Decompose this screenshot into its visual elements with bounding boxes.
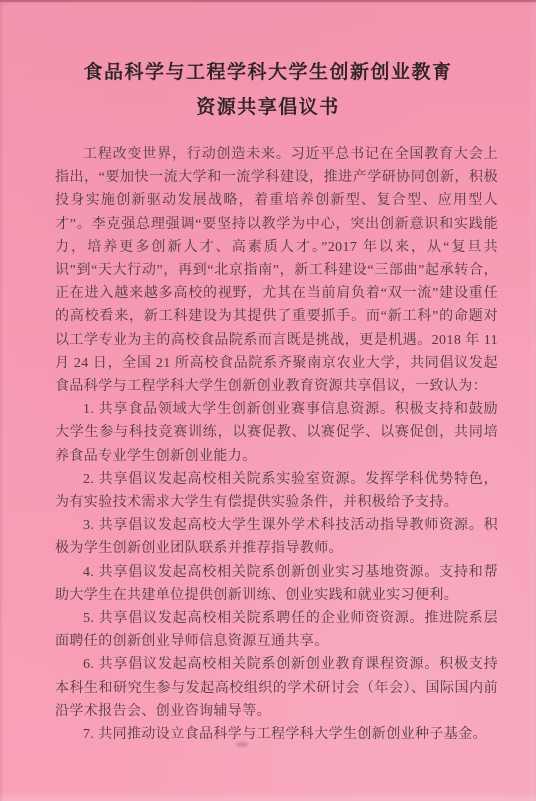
scanned-proposal-page: 食品科学与工程学科大学生创新创业教育 资源共享倡议书 工程改变世界，行动创造未来…	[0, 0, 536, 801]
paragraph-item-4: 4. 共享倡议发起高校相关院系创新创业实习基地资源。支持和帮助大学生在共建单位提…	[55, 561, 498, 607]
document-title: 食品科学与工程学科大学生创新创业教育 资源共享倡议书	[0, 55, 536, 125]
paragraph-item-3: 3. 共享倡议发起高校大学生课外学术科技活动指导教师资源。积极为学生创新创业团队…	[55, 514, 498, 560]
document-title-line2: 资源共享倡议书	[0, 90, 536, 125]
paragraph-item-5: 5. 共享倡议发起高校相关院系聘任的企业师资资源。推进院系层面聘任的创新创业导师…	[55, 607, 498, 653]
paragraph-intro: 工程改变世界，行动创造未来。习近平总书记在全国教育大会上指出，“要加快一流大学和…	[55, 143, 498, 398]
document-title-line1: 食品科学与工程学科大学生创新创业教育	[0, 55, 536, 90]
paragraph-item-2: 2. 共享倡议发起高校相关院系实验室资源。发挥学科优势特色，为有实验技术需求大学…	[55, 468, 498, 514]
scan-smudge-artifact	[236, 742, 248, 747]
paragraph-item-6: 6. 共享倡议发起高校相关院系创新创业教育课程资源。积极支持本科生和研究生参与发…	[55, 653, 498, 723]
paragraph-item-7: 7. 共同推动设立食品科学与工程学科大学生创新创业种子基金。	[55, 723, 498, 746]
paragraph-item-1: 1. 共享食品领域大学生创新创业赛事信息资源。积极支持和鼓励大学生参与科技竞赛训…	[55, 398, 498, 468]
scan-top-edge-shadow	[0, 0, 536, 2]
document-body: 工程改变世界，行动创造未来。习近平总书记在全国教育大会上指出，“要加快一流大学和…	[55, 143, 498, 746]
